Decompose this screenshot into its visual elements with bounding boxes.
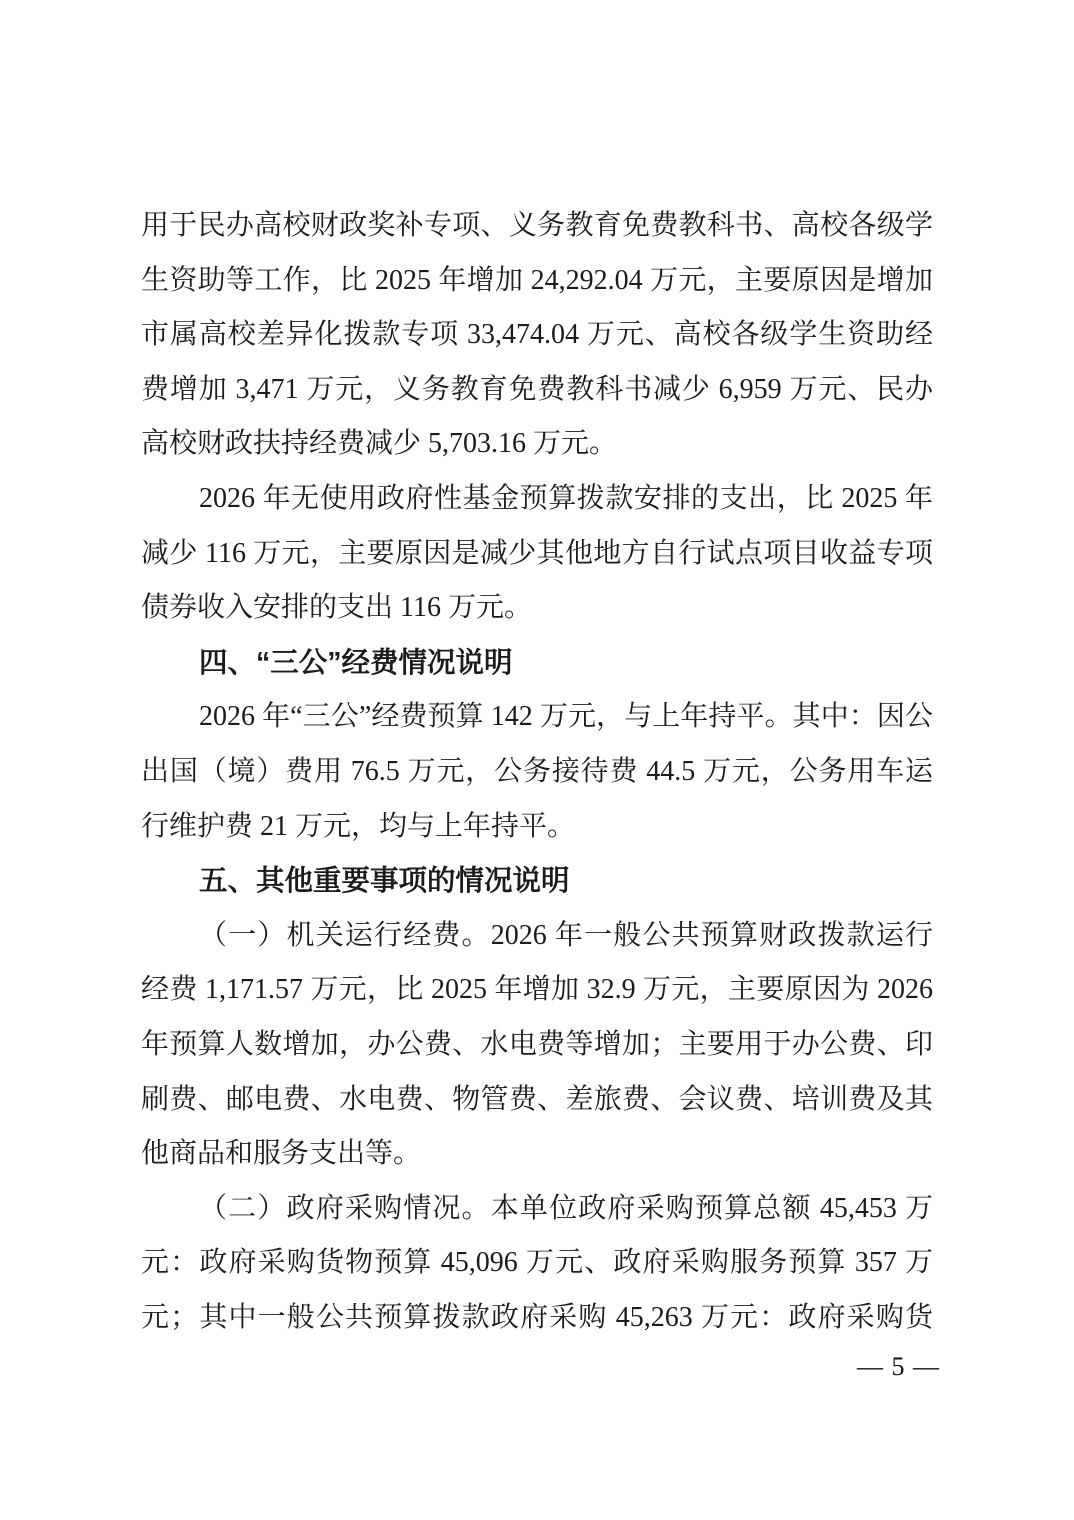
text-line: 用于民办高校财政奖补专项、义务教育免费教科书、高校各级学 bbox=[141, 199, 933, 254]
text-line: 费增加 3,471 万元，义务教育免费教科书减少 6,959 万元、民办 bbox=[141, 363, 933, 418]
paragraph-continuation: 用于民办高校财政奖补专项、义务教育免费教科书、高校各级学 生资助等工作，比 20… bbox=[141, 199, 933, 472]
document-body: 用于民办高校财政奖补专项、义务教育免费教科书、高校各级学 生资助等工作，比 20… bbox=[141, 0, 933, 1345]
document-page: 用于民办高校财政奖补专项、义务教育免费教科书、高校各级学 生资助等工作，比 20… bbox=[0, 0, 1074, 1520]
text-line: 经费 1,171.57 万元，比 2025 年增加 32.9 万元，主要原因为 … bbox=[141, 963, 933, 1018]
text-line: 2026 年无使用政府性基金预算拨款安排的支出，比 2025 年 bbox=[141, 472, 933, 527]
paragraph-gov-fund: 2026 年无使用政府性基金预算拨款安排的支出，比 2025 年 减少 116 … bbox=[141, 472, 933, 636]
text-line: （二）政府采购情况。本单位政府采购预算总额 45,453 万 bbox=[141, 1182, 933, 1237]
page-number: — 5 — bbox=[857, 1352, 940, 1382]
text-line: 市属高校差异化拨款专项 33,474.04 万元、高校各级学生资助经 bbox=[141, 308, 933, 363]
paragraph-operating-funds: （一）机关运行经费。2026 年一般公共预算财政拨款运行 经费 1,171.57… bbox=[141, 909, 933, 1182]
paragraph-three-public: 2026 年“三公”经费预算 142 万元，与上年持平。其中：因公 出国（境）费… bbox=[141, 690, 933, 854]
text-line: 元；其中一般公共预算拨款政府采购 45,263 万元：政府采购货 bbox=[141, 1291, 933, 1346]
text-line: （一）机关运行经费。2026 年一般公共预算财政拨款运行 bbox=[141, 909, 933, 964]
text-line: 生资助等工作，比 2025 年增加 24,292.04 万元，主要原因是增加 bbox=[141, 254, 933, 309]
text-line: 元：政府采购货物预算 45,096 万元、政府采购服务预算 357 万 bbox=[141, 1236, 933, 1291]
section-heading-five: 五、其他重要事项的情况说明 bbox=[141, 854, 933, 909]
text-line: 债券收入安排的支出 116 万元。 bbox=[141, 581, 933, 636]
section-heading-four: 四、“三公”经费情况说明 bbox=[141, 636, 933, 691]
paragraph-procurement: （二）政府采购情况。本单位政府采购预算总额 45,453 万 元：政府采购货物预… bbox=[141, 1182, 933, 1346]
text-line: 高校财政扶持经费减少 5,703.16 万元。 bbox=[141, 417, 933, 472]
text-line: 2026 年“三公”经费预算 142 万元，与上年持平。其中：因公 bbox=[141, 690, 933, 745]
text-line: 他商品和服务支出等。 bbox=[141, 1127, 933, 1182]
text-line: 行维护费 21 万元，均与上年持平。 bbox=[141, 800, 933, 855]
text-line: 出国（境）费用 76.5 万元，公务接待费 44.5 万元，公务用车运 bbox=[141, 745, 933, 800]
text-line: 年预算人数增加，办公费、水电费等增加；主要用于办公费、印 bbox=[141, 1018, 933, 1073]
text-line: 刷费、邮电费、水电费、物管费、差旅费、会议费、培训费及其 bbox=[141, 1073, 933, 1128]
text-line: 减少 116 万元，主要原因是减少其他地方自行试点项目收益专项 bbox=[141, 527, 933, 582]
